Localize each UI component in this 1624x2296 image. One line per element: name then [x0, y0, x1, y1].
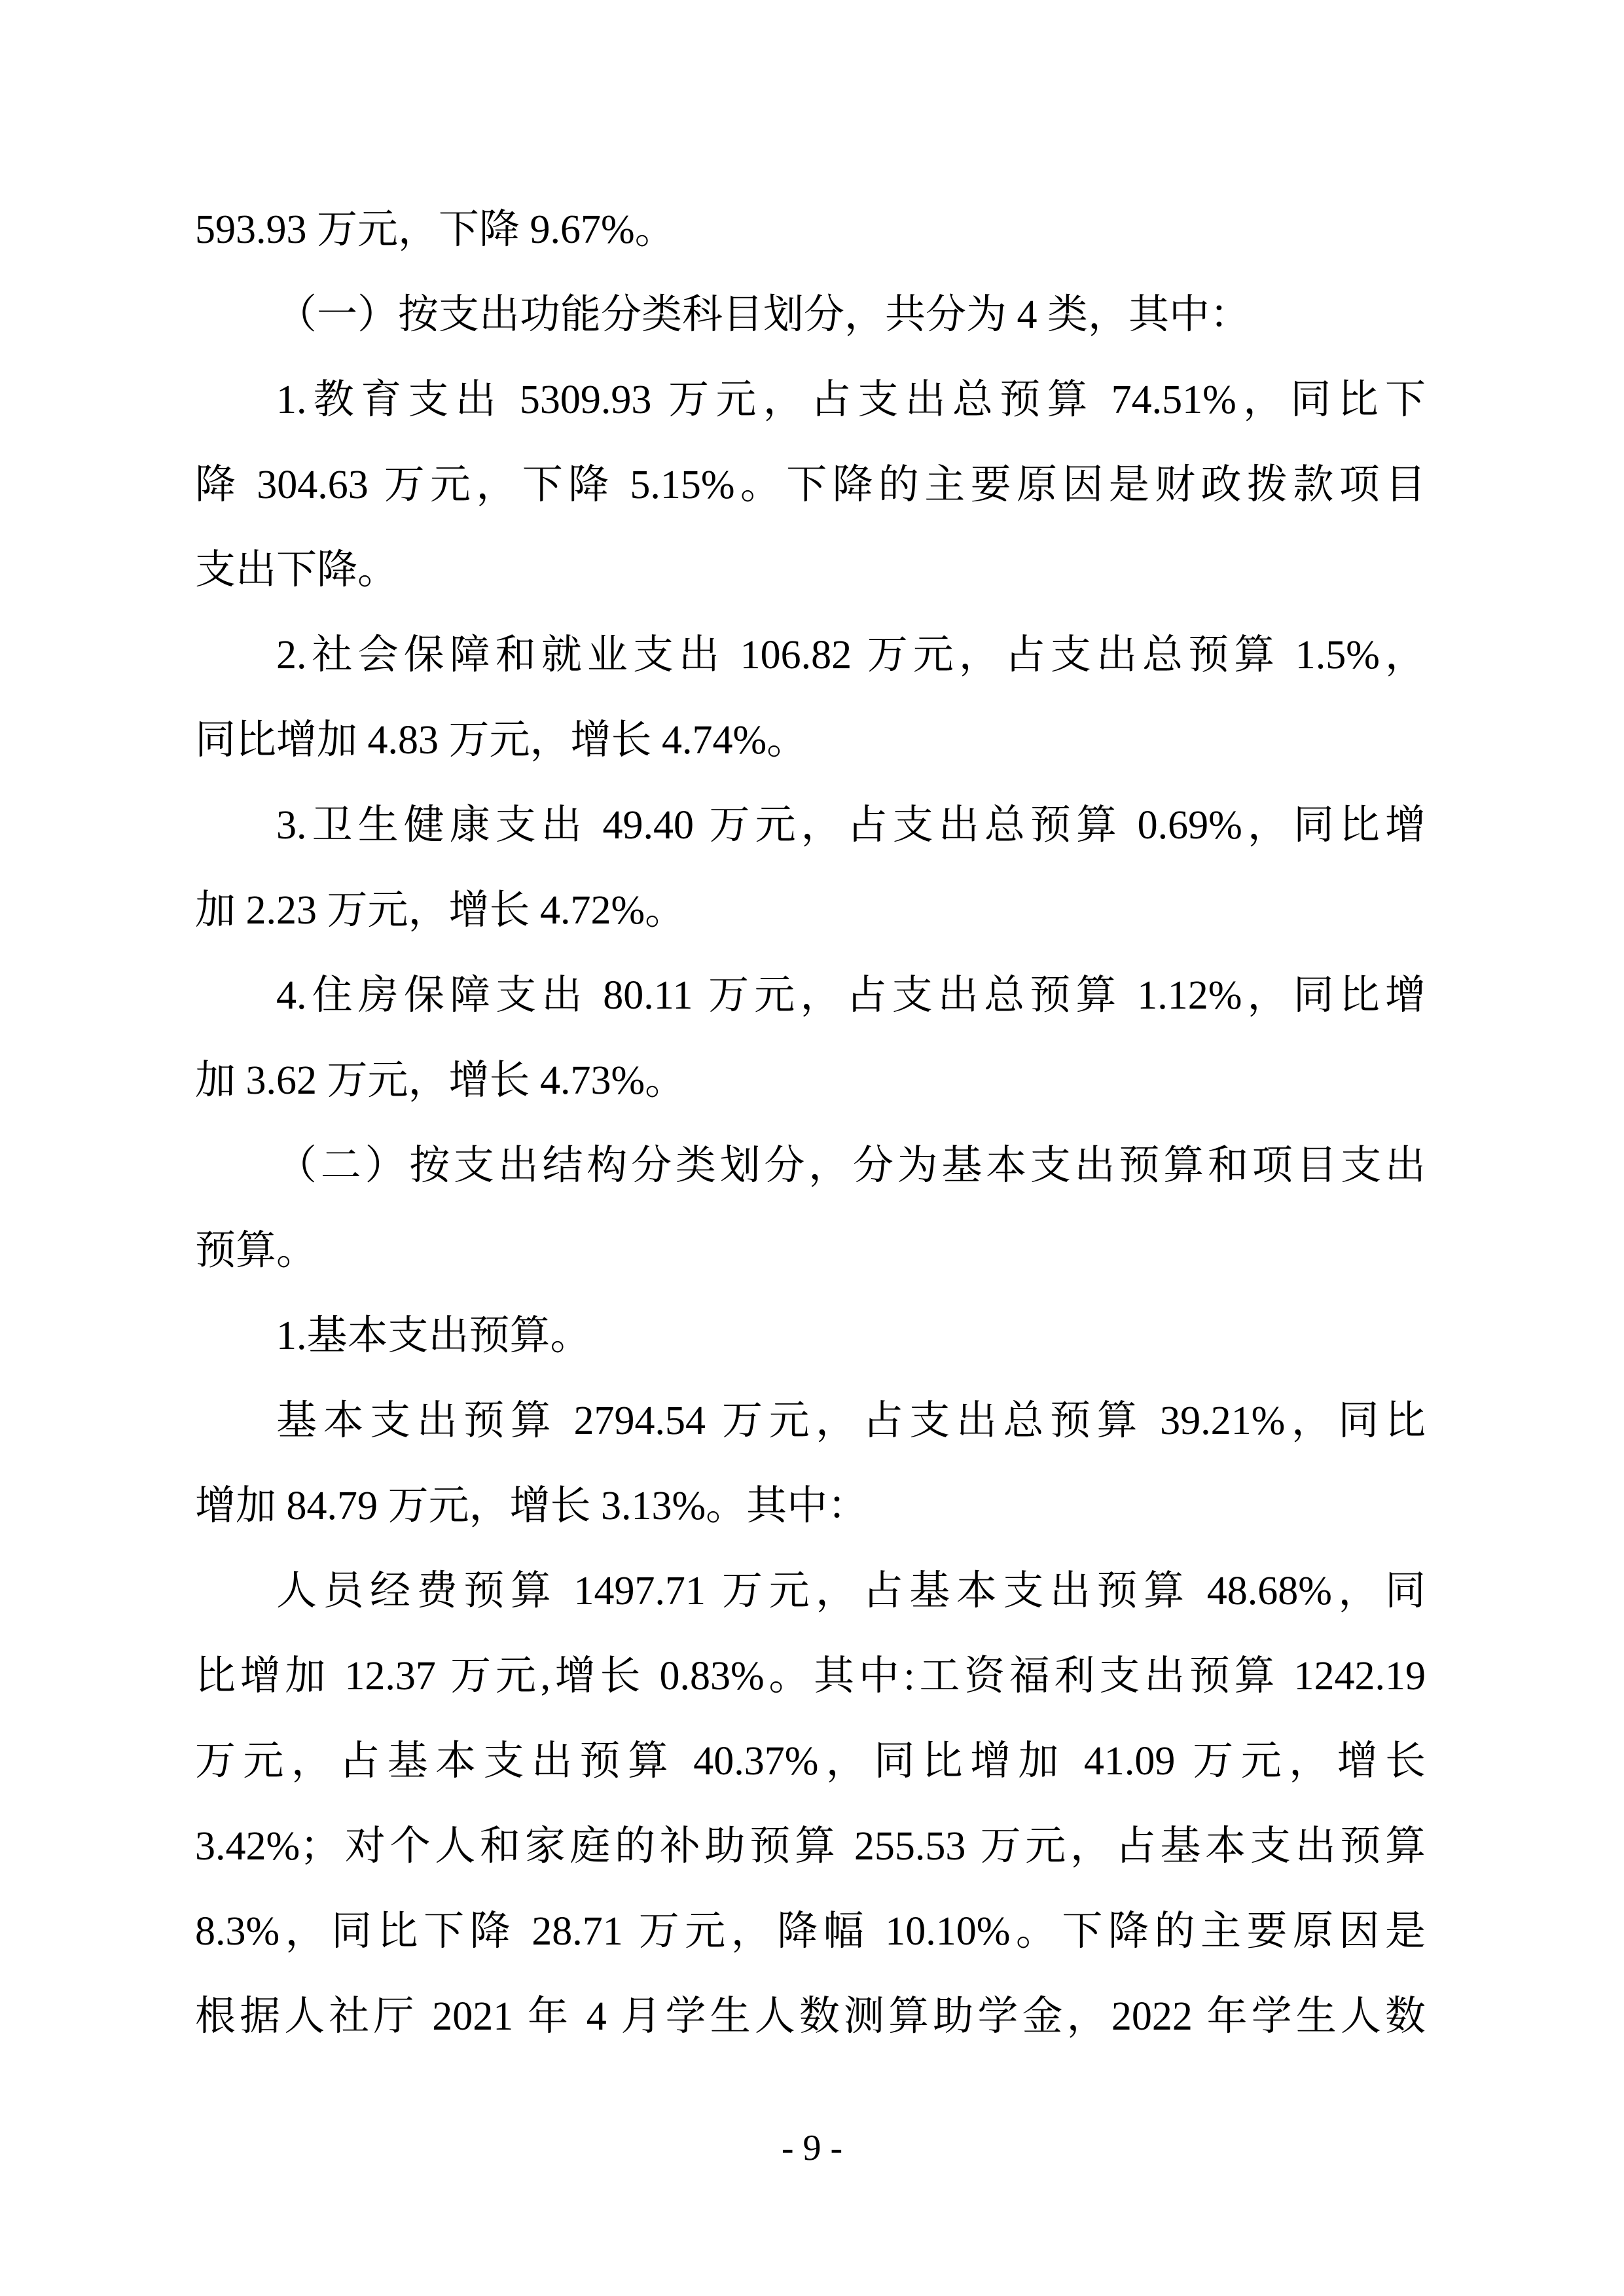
text-line-15: 基本支出预算 2794.54 万元，占支出总预算 39.21%，同比: [195, 1378, 1426, 1463]
page-number: - 9 -: [0, 2128, 1624, 2168]
text-line-7: 同比增加 4.83 万元，增长 4.74%。: [195, 698, 1426, 783]
page-body-text: 593.93 万元，下降 9.67%。 （一）按支出功能分类科目划分，共分为 4…: [195, 187, 1426, 2059]
text-line-13: 预算。: [195, 1208, 1426, 1293]
text-line-18: 比增加 12.37 万元,增长 0.83%。其中:工资福利支出预算 1242.1…: [195, 1634, 1426, 1719]
text-line-10: 4.住房保障支出 80.11 万元，占支出总预算 1.12%，同比增: [195, 953, 1426, 1038]
text-line-12: （二）按支出结构分类划分，分为基本支出预算和项目支出: [195, 1123, 1426, 1208]
text-line-17: 人员经费预算 1497.71 万元，占基本支出预算 48.68%，同: [195, 1549, 1426, 1634]
text-line-3: 1.教育支出 5309.93 万元，占支出总预算 74.51%，同比下: [195, 357, 1426, 442]
document-page: 593.93 万元，下降 9.67%。 （一）按支出功能分类科目划分，共分为 4…: [0, 0, 1624, 2296]
text-line-19: 万元，占基本支出预算 40.37%，同比增加 41.09 万元，增长: [195, 1719, 1426, 1804]
text-line-20: 3.42%；对个人和家庭的补助预算 255.53 万元，占基本支出预算: [195, 1804, 1426, 1889]
text-line-9: 加 2.23 万元，增长 4.72%。: [195, 868, 1426, 953]
text-line-21: 8.3%，同比下降 28.71 万元，降幅 10.10%。下降的主要原因是: [195, 1889, 1426, 1974]
text-line-8: 3.卫生健康支出 49.40 万元，占支出总预算 0.69%，同比增: [195, 783, 1426, 868]
text-line-16: 增加 84.79 万元，增长 3.13%。其中：: [195, 1463, 1426, 1549]
text-line-4: 降 304.63 万元，下降 5.15%。下降的主要原因是财政拨款项目: [195, 442, 1426, 528]
text-line-5: 支出下降。: [195, 528, 1426, 613]
text-line-14: 1.基本支出预算。: [195, 1293, 1426, 1378]
text-line-1: 593.93 万元，下降 9.67%。: [195, 187, 1426, 272]
text-line-6: 2.社会保障和就业支出 106.82 万元，占支出总预算 1.5%，: [195, 613, 1426, 698]
text-line-11: 加 3.62 万元，增长 4.73%。: [195, 1038, 1426, 1123]
text-line-22: 根据人社厅 2021 年 4 月学生人数测算助学金，2022 年学生人数: [195, 1974, 1426, 2059]
text-line-2: （一）按支出功能分类科目划分，共分为 4 类，其中：: [195, 272, 1426, 357]
